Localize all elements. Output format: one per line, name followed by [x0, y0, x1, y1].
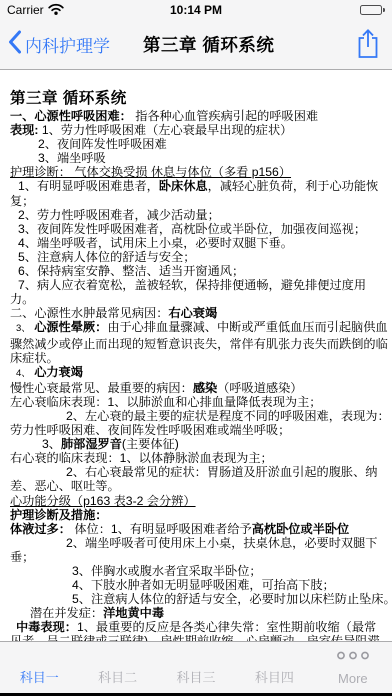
note-body: 一、心源性呼吸困难： 指各种心血管疾病引起的呼吸困难表现: 1、劳力性呼吸困难（… — [10, 109, 392, 641]
tab-bar: 科目一科目二科目三科目四More — [0, 641, 392, 693]
content-line: 3、肺部湿罗音(主要体征) — [10, 437, 392, 451]
content-line: 5、注意病人体位的舒适与安全； — [10, 250, 392, 264]
back-chevron-icon — [8, 30, 21, 59]
tab-label: 科目一 — [20, 667, 59, 686]
content-line: 一、心源性呼吸困难： 指各种心血管疾病引起的呼吸困难 — [10, 109, 392, 123]
tab-label: 科目三 — [177, 667, 216, 686]
content-line: 劳力性呼吸困难、夜间阵发性呼吸困难或端坐呼吸； — [10, 423, 392, 437]
back-button[interactable]: 内科护理学 — [0, 30, 110, 59]
share-button[interactable] — [356, 28, 380, 65]
content-line: 护理诊断： 气体交换受损 休息与体位（多看 p156） — [10, 165, 392, 179]
content-line: 心功能分级（p163 表3-2 会分辨） — [10, 494, 392, 508]
more-ellipsis-icon — [336, 649, 370, 662]
content-line: 垂； — [10, 550, 392, 564]
tab-More[interactable]: More — [314, 642, 392, 693]
content-line: 7、病人应衣着宽松，盖被轻软，保持排便通畅，避免排便过度用 — [10, 278, 392, 292]
status-bar: 10:14 PM Carrier — [0, 0, 392, 20]
content-line: 骤然减少或停止而出现的短暂意识丧失，常伴有肌张力丧失而跌倒的临 — [10, 337, 392, 351]
content-line: 2、劳力性呼吸困难者，减少活动量； — [10, 208, 392, 222]
share-icon — [356, 47, 380, 64]
content-line: 4、 心力衰竭 — [10, 365, 392, 381]
clock: 10:14 PM — [0, 3, 392, 17]
content-line: 二、心源性水肿最常见病因：右心衰竭 — [10, 306, 392, 320]
content-scroll-area[interactable]: 第三章 循环系统 一、心源性呼吸困难： 指各种心血管疾病引起的呼吸困难表现: 1… — [0, 71, 392, 641]
page-title: 第三章 循环系统 — [143, 20, 274, 69]
content-line: 右心衰的临床表现：1、以体静脉淤血表现为主； — [10, 451, 392, 465]
content-line: 3、 心源性晕厥：由于心排血量骤减、中断或严重低血压而引起脑供血 — [10, 320, 392, 336]
content-line: 1、有明显呼吸困难患者，卧床休息，减轻心脏负荷，利于心功能恢 — [10, 179, 392, 193]
nav-bar: 内科护理学 第三章 循环系统 — [0, 20, 392, 70]
battery-icon — [360, 5, 385, 15]
content-line: 复； — [10, 194, 392, 208]
tab-科目四[interactable]: 科目四 — [235, 642, 313, 693]
content-line: 5、注意病人体位的舒适与安全，必要时加以床栏防止坠床。 — [10, 592, 392, 606]
content-line: 2、夜间阵发性呼吸困难 — [10, 137, 392, 151]
content-line: 6、保持病室安静、整洁、适当开窗通风； — [10, 264, 392, 278]
content-line: 中毒表现：1、最重要的反应是各类心律失常：室性期前收缩（最常 — [10, 620, 392, 634]
content-line: 3、夜间阵发性呼吸困难者，高枕卧位或半卧位，加强夜间巡视； — [10, 222, 392, 236]
content-line: 护理诊断及措施： — [10, 508, 392, 522]
content-line: 慢性心衰最常见、最重要的病因：感染（呼吸道感染） — [10, 381, 392, 395]
content-line: 4、端坐呼吸者，试用床上小桌，必要时双腿下垂。 — [10, 236, 392, 250]
content-line: 2、左心衰的最主要的症状是程度不同的呼吸困难，表现为： — [10, 409, 392, 423]
tab-label: 科目二 — [98, 667, 137, 686]
content-line: 表现: 1、劳力性呼吸困难（左心衰最早出现的症状） — [10, 123, 392, 137]
tab-科目一[interactable]: 科目一 — [0, 642, 78, 693]
chapter-heading: 第三章 循环系统 — [10, 89, 392, 109]
content-line: 3、伴胸水或腹水者宜采取半卧位； — [10, 564, 392, 578]
content-line: 2、端坐呼吸者可使用床上小桌，扶桌休息，必要时双腿下 — [10, 536, 392, 550]
content-line: 3、端坐呼吸 — [10, 151, 392, 165]
tab-label: 科目四 — [255, 667, 294, 686]
content-line: 2、右心衰最常见的症状：胃肠道及肝淤血引起的腹胀、纳 — [10, 465, 392, 479]
tab-科目三[interactable]: 科目三 — [157, 642, 235, 693]
back-label: 内科护理学 — [25, 32, 110, 57]
tab-科目二[interactable]: 科目二 — [78, 642, 156, 693]
content-line: 4、下肢水肿者如无明显呼吸困难，可抬高下肢； — [10, 578, 392, 592]
content-line: 潜在并发症：洋地黄中毒 — [10, 606, 392, 620]
content-line: 差、恶心、呕吐等。 — [10, 479, 392, 493]
tab-label: More — [338, 671, 368, 686]
content-line: 力。 — [10, 292, 392, 306]
content-line: 床症状。 — [10, 351, 392, 365]
content-line: 体液过多： 体位：1、有明显呼吸困难者给予高枕卧位或半卧位 — [10, 522, 392, 536]
content-line: 左心衰临床表现：1、以肺淤血和心排血量降低表现为主； — [10, 395, 392, 409]
